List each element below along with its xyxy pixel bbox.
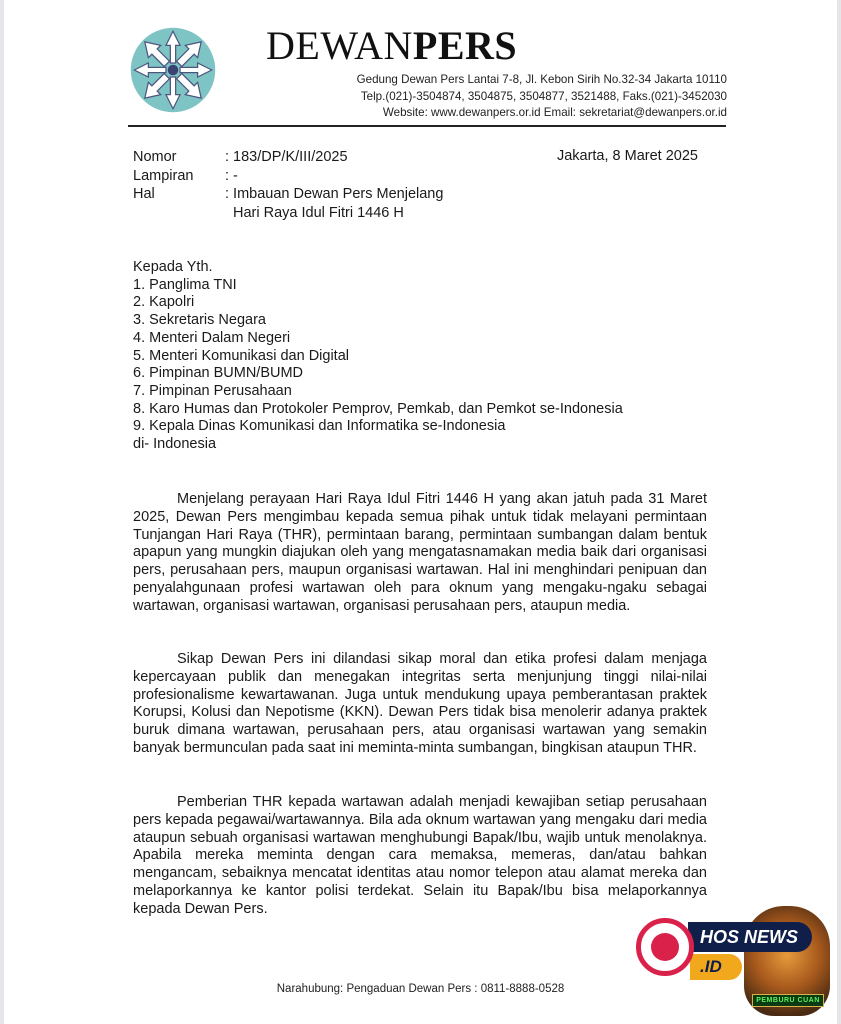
brand-pers: PERS	[413, 23, 517, 68]
recipient-item: 8. Karo Humas dan Protokoler Pemprov, Pe…	[133, 401, 623, 419]
letterhead-divider	[128, 125, 726, 127]
recipient-item: 2. Kapolri	[133, 294, 623, 312]
address-line: Gedung Dewan Pers Lantai 7-8, Jl. Kebon …	[357, 72, 727, 89]
hal-value: : Imbauan Dewan Pers Menjelang	[225, 185, 443, 204]
salutation: Kepada Yth.	[133, 259, 623, 277]
watermark-tagline: PEMBURU CUAN	[752, 994, 824, 1007]
recipient-item: 6. Pimpinan BUMN/BUMD	[133, 365, 623, 383]
page-edge-right	[837, 0, 841, 1024]
recipient-item: 9. Kepala Dinas Komunikasi dan Informati…	[133, 418, 623, 436]
body-paragraph-3: Pemberian THR kepada wartawan adalah men…	[133, 794, 707, 919]
letterhead-address: Gedung Dewan Pers Lantai 7-8, Jl. Kebon …	[357, 72, 727, 122]
nomor-label: Nomor	[133, 148, 225, 167]
lampiran-label: Lampiran	[133, 167, 225, 186]
recipient-item: 7. Pimpinan Perusahaan	[133, 383, 623, 401]
place-date: Jakarta, 8 Maret 2025	[557, 148, 698, 164]
dewan-pers-logo-icon	[128, 26, 218, 114]
watermark-title: HOS NEWS	[688, 922, 812, 952]
page-edge-left	[0, 0, 4, 1024]
globe-icon	[636, 918, 694, 976]
recipient-item: 3. Sekretaris Negara	[133, 312, 623, 330]
recipient-item: 1. Panglima TNI	[133, 277, 623, 295]
recipient-item: 5. Menteri Komunikasi dan Digital	[133, 348, 623, 366]
brand-dewan: DEWAN	[266, 23, 413, 68]
letter-meta: Nomor : 183/DP/K/III/2025 Lampiran : - H…	[133, 148, 443, 222]
recipient-location: di- Indonesia	[133, 436, 623, 454]
lampiran-value: : -	[225, 167, 238, 186]
hal-value-continued: Hari Raya Idul Fitri 1446 H	[133, 204, 443, 223]
body-paragraph-2: Sikap Dewan Pers ini dilandasi sikap mor…	[133, 651, 707, 758]
nomor-value: : 183/DP/K/III/2025	[225, 148, 348, 167]
hos-news-watermark: HOS NEWS .ID PEMBURU CUAN	[632, 906, 832, 1018]
recipients-block: Kepada Yth. 1. Panglima TNI 2. Kapolri 3…	[133, 259, 623, 454]
hal-label: Hal	[133, 185, 225, 204]
phone-line: Telp.(021)-3504874, 3504875, 3504877, 35…	[357, 89, 727, 106]
web-email-line: Website: www.dewanpers.or.id Email: sekr…	[357, 105, 727, 122]
recipient-item: 4. Menteri Dalam Negeri	[133, 330, 623, 348]
body-paragraph-1: Menjelang perayaan Hari Raya Idul Fitri …	[133, 491, 707, 616]
letterhead-brand: DEWANPERS	[266, 22, 517, 69]
watermark-suffix: .ID	[690, 954, 742, 980]
